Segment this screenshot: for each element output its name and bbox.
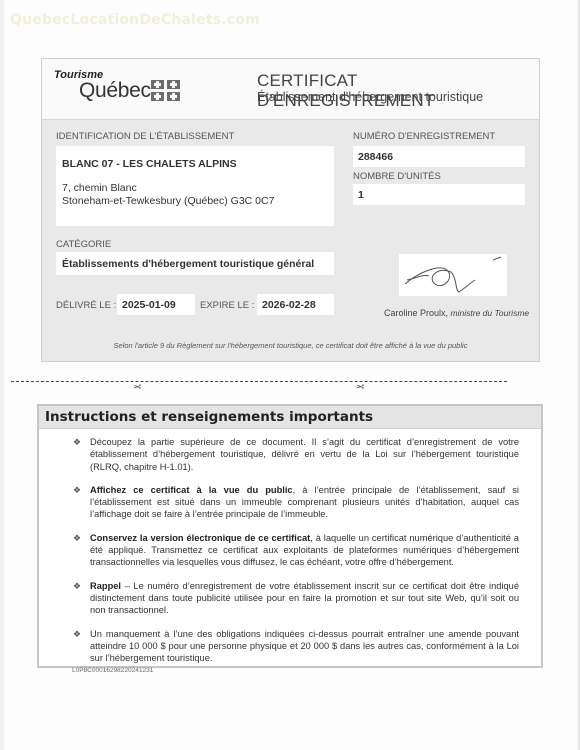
- expires-box: 2026-02-28: [257, 294, 334, 315]
- quebec-flag-icon: [151, 80, 181, 102]
- signer-title: ministre du Tourisme: [451, 308, 530, 318]
- instruction-item: ❖ Conservez la version électronique de c…: [39, 532, 541, 569]
- instruction-item: ❖ Rappel – Le numéro d’enregistrement de…: [39, 580, 541, 617]
- issued-date: 2025-01-09: [122, 299, 176, 311]
- category-box: Établissements d'hébergement touristique…: [56, 252, 334, 275]
- scan-edge: [0, 0, 4, 750]
- units-value: 1: [358, 189, 364, 201]
- registration-number: 288466: [358, 151, 393, 163]
- watermark: QuebecLocationDeChalets.com: [10, 12, 260, 28]
- certificate-subtitle: Établissement d'hébergement touristique: [257, 90, 483, 104]
- units-label: NOMBRE D'UNITÉS: [353, 171, 441, 182]
- address-line1: 7, chemin Blanc: [62, 182, 137, 195]
- bullet-icon: ❖: [73, 484, 81, 496]
- category-label: CATÉGORIE: [56, 239, 111, 250]
- signature: [399, 254, 507, 296]
- bullet-icon: ❖: [73, 436, 81, 448]
- category-value: Établissements d'hébergement touristique…: [62, 258, 314, 270]
- units-box: 1: [353, 184, 525, 205]
- certificate-header: Tourisme Québec CERTIFICAT D'ENREGISTREM…: [42, 59, 539, 120]
- registration-label: NUMÉRO D'ENREGISTREMENT: [353, 131, 495, 142]
- bullet-icon: ❖: [73, 580, 81, 592]
- signer: Caroline Proulx, ministre du Tourisme: [384, 308, 529, 318]
- identification-box: BLANC 07 - LES CHALETS ALPINS 7, chemin …: [56, 146, 334, 226]
- instructions-panel: Instructions et renseignements important…: [37, 404, 543, 668]
- signer-name: Caroline Proulx,: [384, 308, 448, 318]
- registration-box: 288466: [353, 146, 525, 167]
- cut-line: [11, 381, 507, 382]
- scissors-icon: ✂: [133, 380, 141, 391]
- display-notice: Selon l'article 9 du Règlement sur l'héb…: [42, 341, 539, 350]
- instruction-item: ❖ Affichez ce certificat à la vue du pub…: [39, 484, 541, 521]
- instructions-list: ❖ Découpez la partie supérieure de ce do…: [39, 436, 541, 675]
- instructions-title: Instructions et renseignements important…: [39, 406, 541, 429]
- certificate-panel: Tourisme Québec CERTIFICAT D'ENREGISTREM…: [41, 58, 540, 362]
- document-code: L0P8C00016298220241231: [72, 667, 153, 674]
- instruction-item: ❖ Un manquement à l’une des obligations …: [39, 628, 541, 665]
- establishment-name: BLANC 07 - LES CHALETS ALPINS: [62, 158, 237, 170]
- scissors-icon: ✂: [356, 380, 364, 391]
- logo-quebec: Québec: [79, 79, 151, 103]
- expires-date: 2026-02-28: [262, 299, 316, 311]
- identification-label: IDENTIFICATION DE L'ÉTABLISSEMENT: [56, 131, 234, 142]
- issued-label: DÉLIVRÉ LE :: [56, 300, 116, 311]
- instruction-item: ❖ Découpez la partie supérieure de ce do…: [39, 436, 541, 473]
- issued-box: 2025-01-09: [117, 294, 195, 315]
- bullet-icon: ❖: [73, 628, 81, 640]
- bullet-icon: ❖: [73, 532, 81, 544]
- address-line2: Stoneham-et-Tewkesbury (Québec) G3C 0C7: [62, 195, 274, 208]
- expires-label: EXPIRE LE :: [200, 300, 254, 311]
